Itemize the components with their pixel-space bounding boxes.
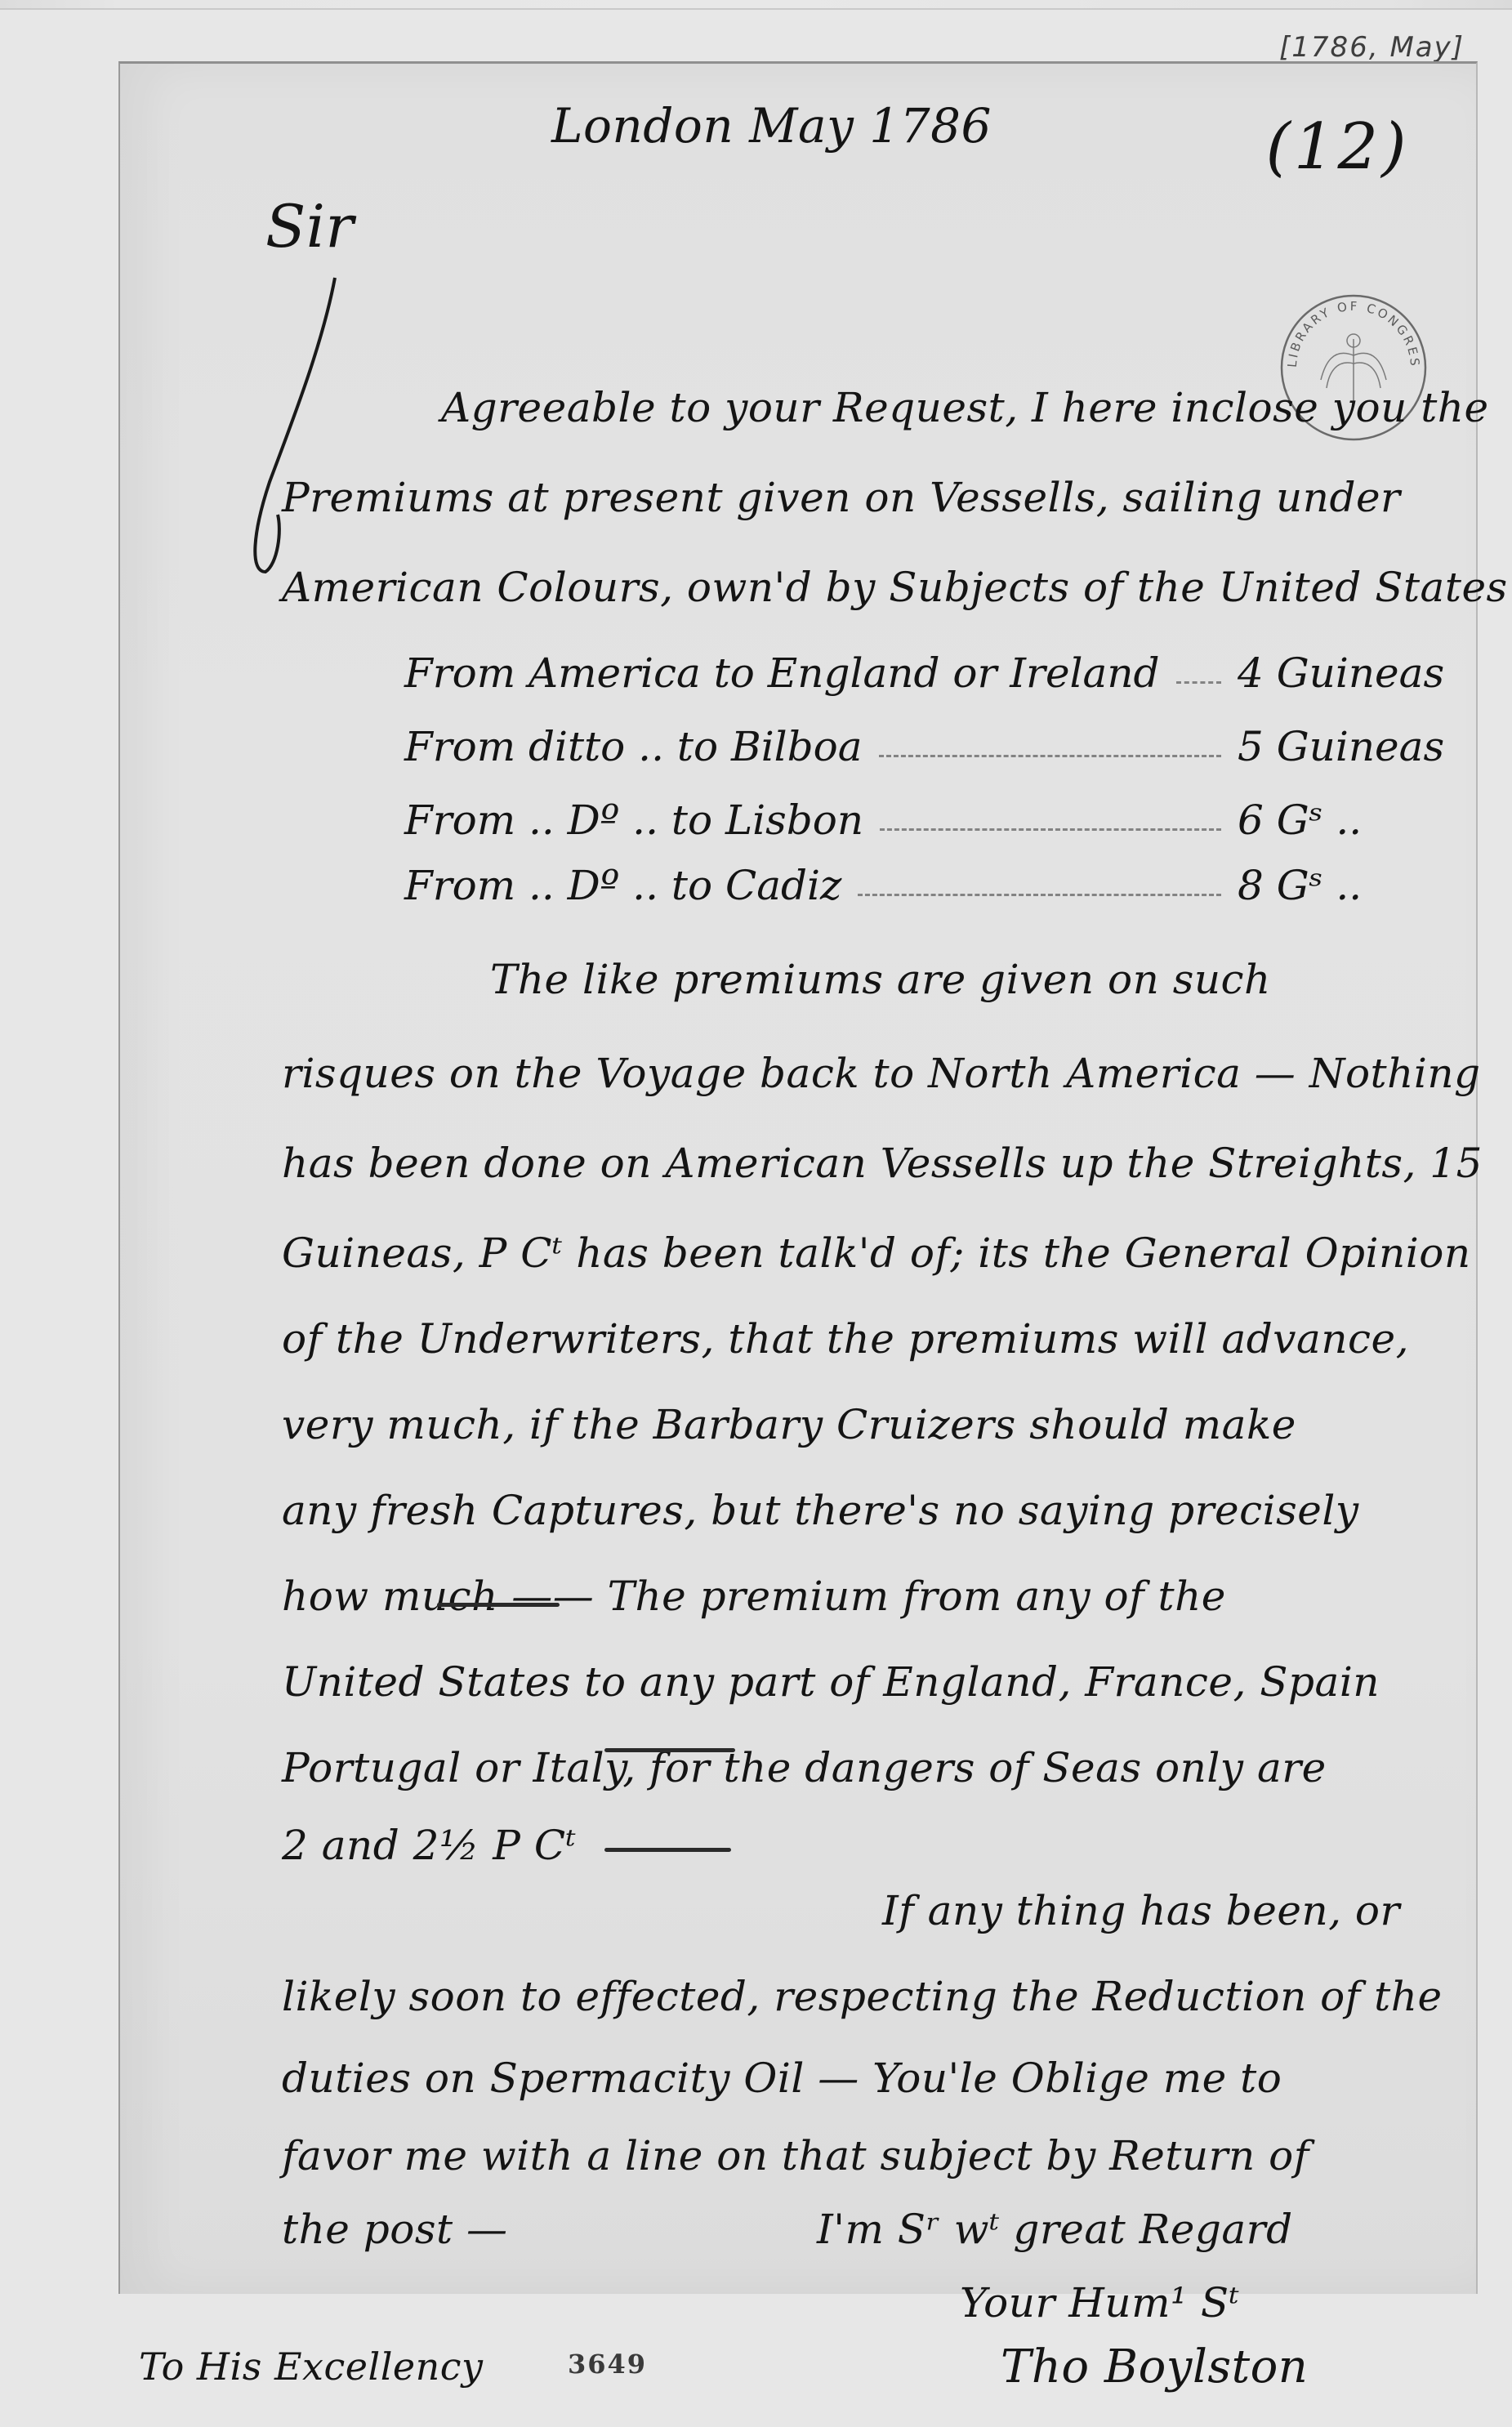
route-rate: 6 Gˢ .. <box>1238 796 1458 844</box>
body-line: If any thing has been, or <box>882 1887 1400 1934</box>
dash-rule <box>604 1848 731 1852</box>
svg-text:LIBRARY OF CONGRESS: LIBRARY OF CONGRESS <box>1276 290 1422 368</box>
premium-route-row: From .. Dº .. to Lisbon 6 Gˢ .. <box>404 796 1458 844</box>
dash-rule <box>604 1748 735 1752</box>
dotted-leader <box>880 796 1221 831</box>
route-name: From .. Dº .. to Cadiz <box>404 862 841 909</box>
body-line: of the Underwriters, that the premiums w… <box>282 1315 1409 1363</box>
body-line: 2 and 2½ P Cᵗ <box>282 1822 576 1869</box>
premium-route-row: From ditto .. to Bilboa 5 Guineas <box>404 723 1458 770</box>
body-line: risques on the Voyage back to North Amer… <box>282 1050 1481 1097</box>
body-line: Premiums at present given on Vessells, s… <box>282 474 1400 521</box>
body-line: any fresh Captures, but there's no sayin… <box>282 1487 1359 1534</box>
premium-route-row: From America to England or Ireland 4 Gui… <box>404 649 1458 697</box>
signature: Tho Boylston <box>1001 2340 1308 2394</box>
route-rate: 8 Gˢ .. <box>1238 862 1458 909</box>
body-line: Portugal or Italy, for the dangers of Se… <box>282 1744 1327 1791</box>
salutation-flourish-icon <box>245 270 343 580</box>
addressee-line: To His Excellency <box>139 2344 484 2389</box>
closing-line: I'm Sʳ wᵗ great Regard <box>817 2206 1293 2253</box>
body-line: duties on Spermacity Oil — You'le Oblige… <box>282 2054 1282 2102</box>
letter-dateline: London May 1786 <box>551 98 992 154</box>
route-name: From America to England or Ireland <box>404 649 1160 697</box>
body-line: favor me with a line on that subject by … <box>282 2132 1309 2179</box>
dotted-leader <box>1176 649 1221 684</box>
route-name: From ditto .. to Bilboa <box>404 723 863 770</box>
premium-route-row: From .. Dº .. to Cadiz 8 Gˢ .. <box>404 862 1458 909</box>
archive-date-annotation: [1786, May] <box>1279 31 1465 64</box>
route-rate: 4 Guineas <box>1238 649 1458 697</box>
folio-number: (12) <box>1270 86 1405 208</box>
dotted-leader <box>858 862 1221 896</box>
body-line: Guineas, P Cᵗ has been talk'd of; its th… <box>282 1229 1471 1277</box>
body-line: very much, if the Barbary Cruizers shoul… <box>282 1401 1296 1448</box>
body-line: The like premiums are given on such <box>490 956 1271 1003</box>
route-rate: 5 Guineas <box>1238 723 1458 770</box>
body-line: how much —— The premium from any of the <box>282 1573 1226 1620</box>
body-line: likely soon to effected, respecting the … <box>282 1973 1443 2020</box>
body-line: Agreeable to your Request, I here inclos… <box>441 384 1489 431</box>
stamp-text: LIBRARY OF CONGRESS <box>1276 290 1422 368</box>
body-line: the post — <box>282 2206 508 2253</box>
dash-rule <box>437 1603 560 1607</box>
letter-salutation: Sir <box>265 192 354 261</box>
dotted-leader <box>879 723 1221 757</box>
body-line: United States to any part of England, Fr… <box>282 1658 1380 1706</box>
route-name: From .. Dº .. to Lisbon <box>404 796 863 844</box>
body-line: has been done on American Vessells up th… <box>282 1140 1483 1187</box>
body-line: American Colours, own'd by Subjects of t… <box>282 564 1508 611</box>
page-number: 3649 <box>568 2349 647 2380</box>
closing-line: Your Hum¹ Sᵗ <box>960 2279 1240 2327</box>
